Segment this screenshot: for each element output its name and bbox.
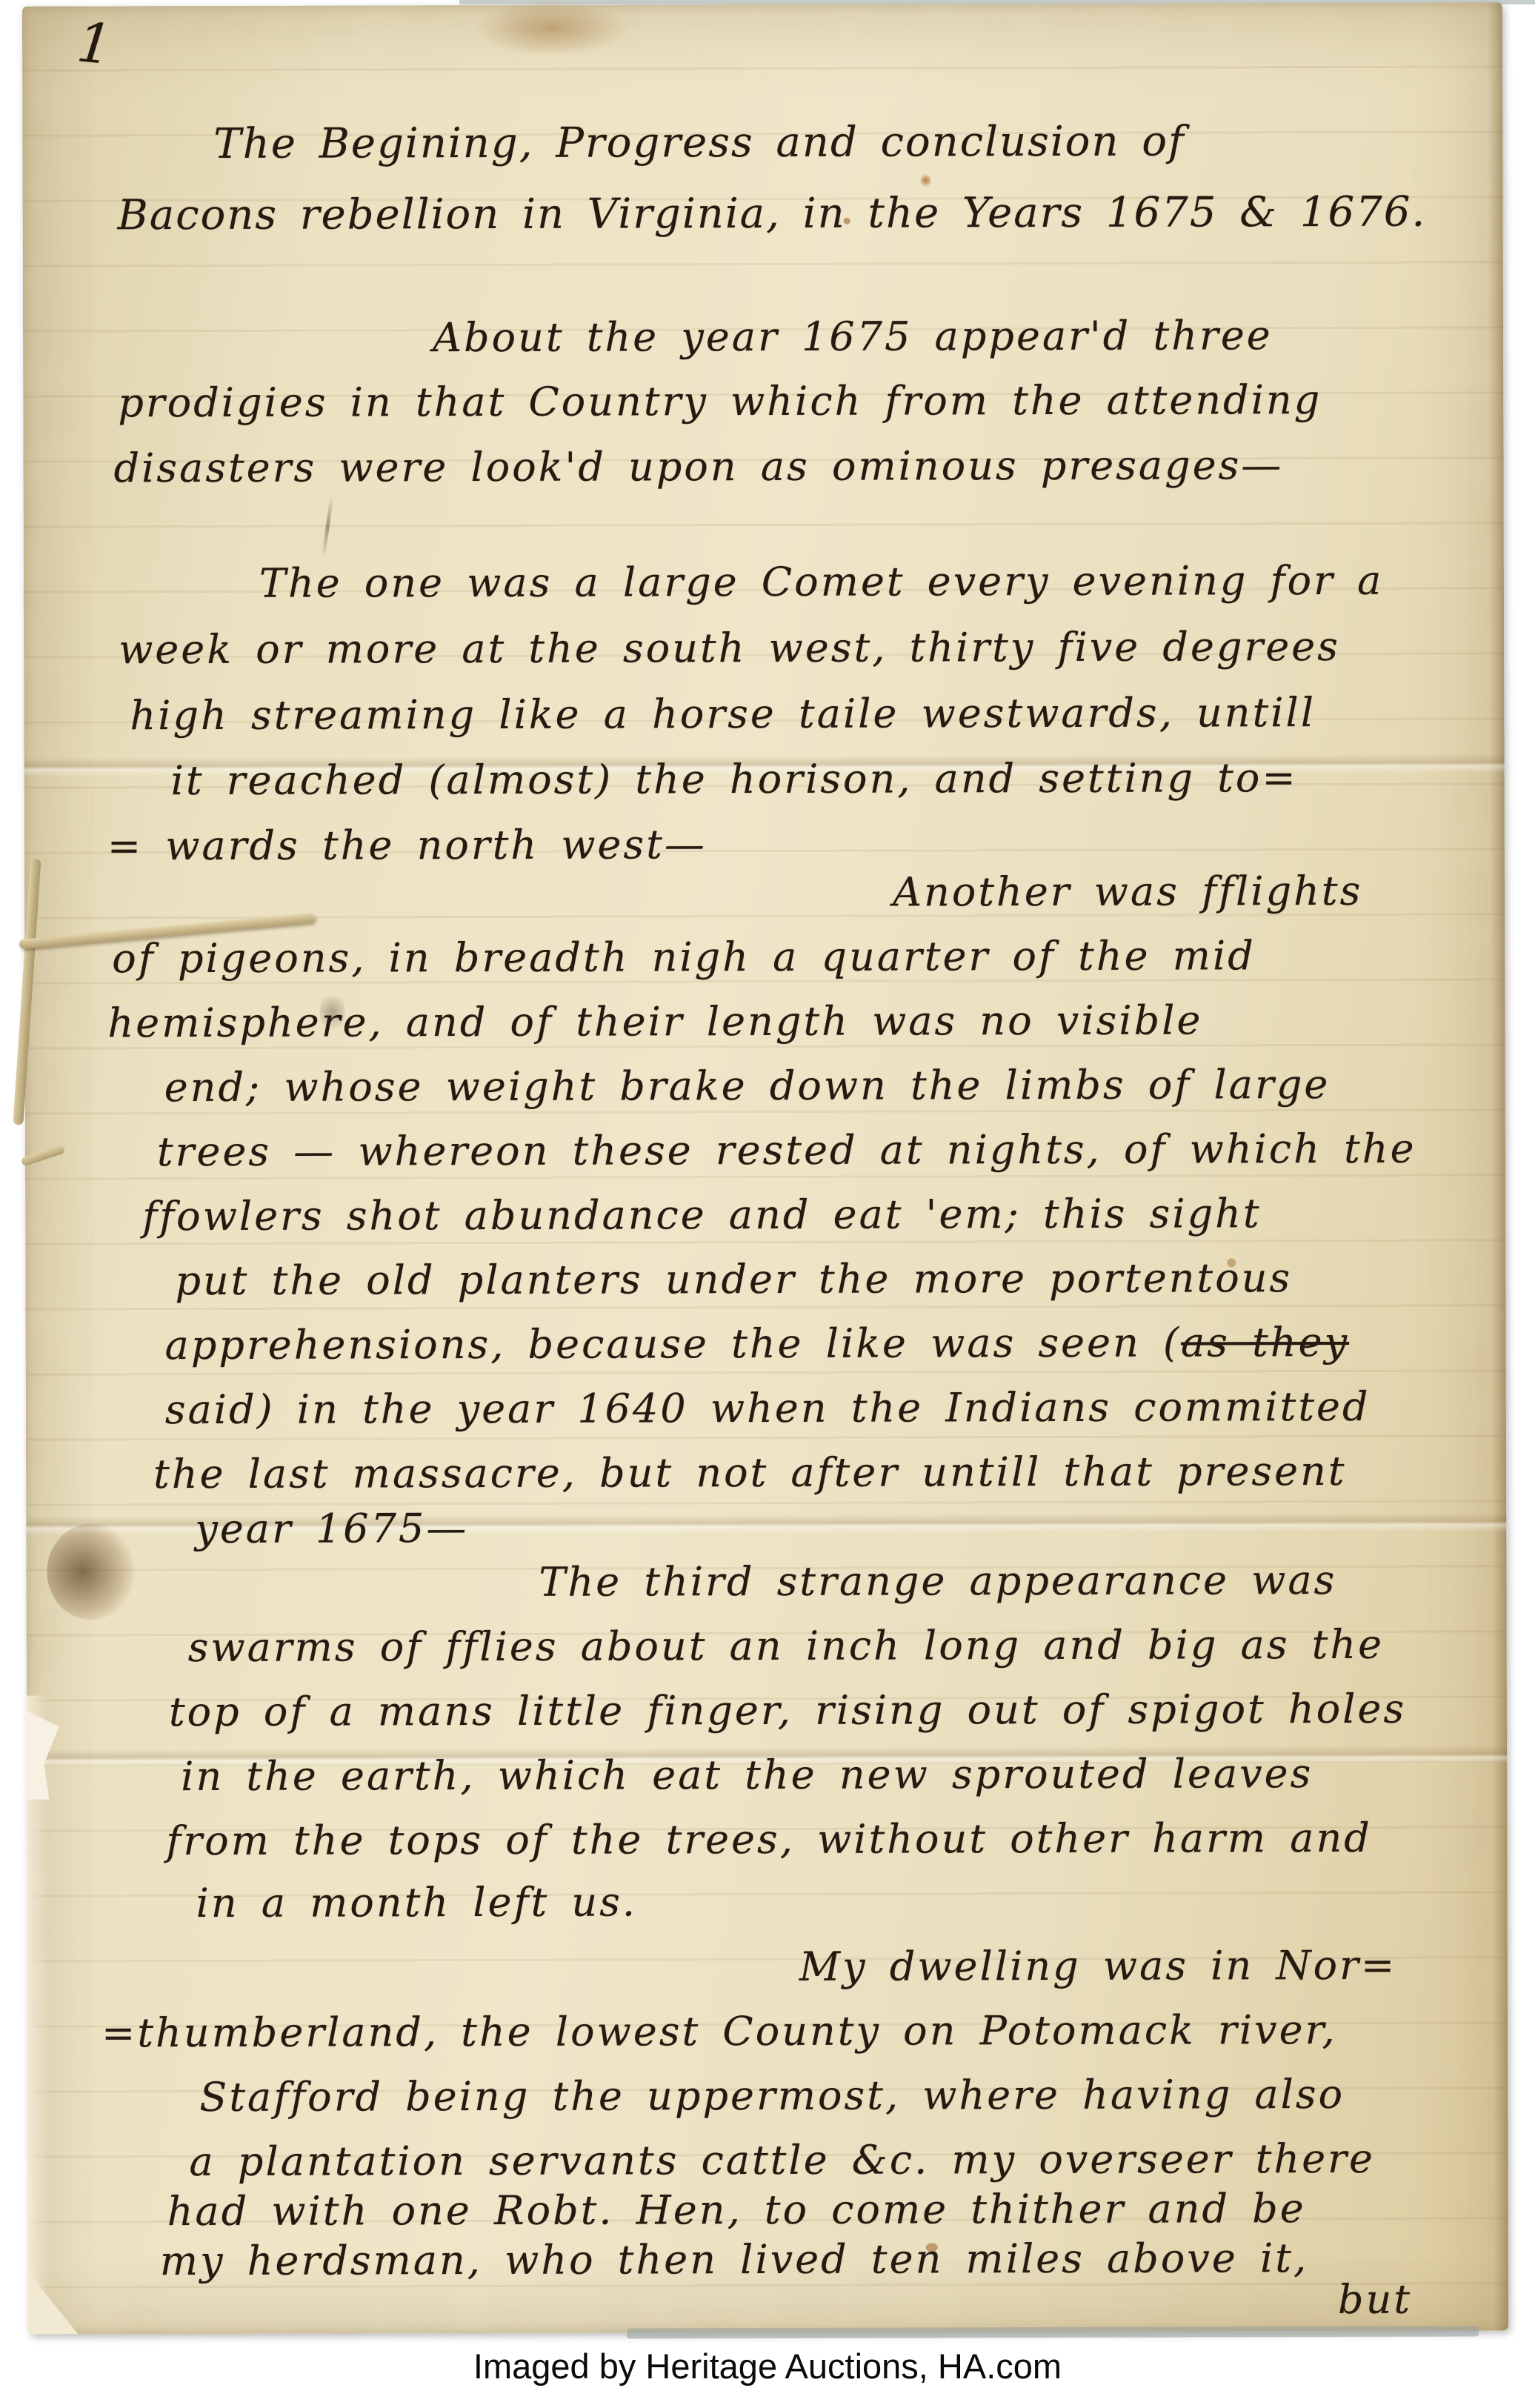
manuscript-title-line: Bacons rebellion in Virginia, in the Yea… [118,188,1427,240]
manuscript-line: =thumberland, the lowest County on Potom… [101,2006,1337,2056]
manuscript-line: Another was fflights [893,868,1362,916]
manuscript-line: in a month left us. [196,1878,638,1926]
manuscript-line: trees — whereon these rested at nights, … [157,1125,1416,1175]
manuscript-line: apprehensions, because the like was seen… [165,1319,1350,1368]
struck-out-words: as they [1181,1319,1349,1366]
manuscript-line: said) in the year 1640 when the Indians … [165,1383,1371,1433]
manuscript-line: About the year 1675 appear'd three [433,312,1273,361]
scanned-document-image: 1 The Begining, Progress and conclusion … [0,0,1535,2408]
plant-fiber [322,495,334,559]
manuscript-title-line: The Begining, Progress and conclusion of [213,118,1185,168]
manuscript-page: 1 The Begining, Progress and conclusion … [22,2,1508,2334]
manuscript-line: high streaming like a horse taile westwa… [130,689,1316,739]
manuscript-line: week or more at the south west, thirty f… [119,623,1340,673]
manuscript-line: had with one Robt. Hen, to come thither … [167,2185,1306,2235]
manuscript-line: end; whose weight brake down the limbs o… [164,1061,1331,1111]
page-number: 1 [74,10,116,77]
manuscript-line: the last massacre, but not after untill … [153,1448,1347,1497]
manuscript-line: of pigeons, in breadth nigh a quarter of… [112,932,1256,982]
binding-thread [21,1145,66,1167]
ink-blot [47,1523,136,1620]
manuscript-line: year 1675— [195,1505,468,1552]
manuscript-line: The one was a large Comet every evening … [259,557,1384,607]
manuscript-line: a plantation servants cattle &c. my over… [189,2135,1375,2185]
stain [474,0,630,57]
manuscript-line: prodigies in that Country which from the… [118,376,1322,426]
binding-thread [13,859,41,1125]
line-text: apprehensions, because the like was seen… [165,1320,1182,1369]
manuscript-line: my herdsman, who then lived ten miles ab… [160,2235,1308,2284]
manuscript-line: The third strange appearance was [539,1557,1336,1606]
page-right-edge-shading [1488,2,1508,2330]
manuscript-line: top of a mans little finger, rising out … [169,1686,1406,1735]
watermark-caption: Imaged by Heritage Auctions, HA.com [0,2346,1535,2387]
manuscript-line: put the old planters under the more port… [175,1254,1292,1304]
manuscript-line: = wards the north west— [107,821,707,869]
manuscript-line: in the earth, which eat the new sprouted… [181,1750,1313,1800]
underlying-page-edge [627,2326,1479,2338]
manuscript-line: hemisphere, and of their length was no v… [107,997,1202,1046]
rust-spot [920,173,930,187]
manuscript-line-catchword: but [1338,2276,1412,2323]
manuscript-line: My dwelling was in Nor= [799,1942,1397,1990]
manuscript-line: swarms of fflies about an inch long and … [188,1621,1385,1671]
manuscript-line: ffowlers shot abundance and eat 'em; thi… [142,1190,1262,1240]
manuscript-line: Stafford being the uppermost, where havi… [199,2071,1345,2121]
manuscript-line: from the tops of the trees, without othe… [166,1815,1372,1864]
manuscript-line: disasters were look'd upon as ominous pr… [113,442,1283,491]
manuscript-line: it reached (almost) the horison, and set… [171,754,1298,804]
